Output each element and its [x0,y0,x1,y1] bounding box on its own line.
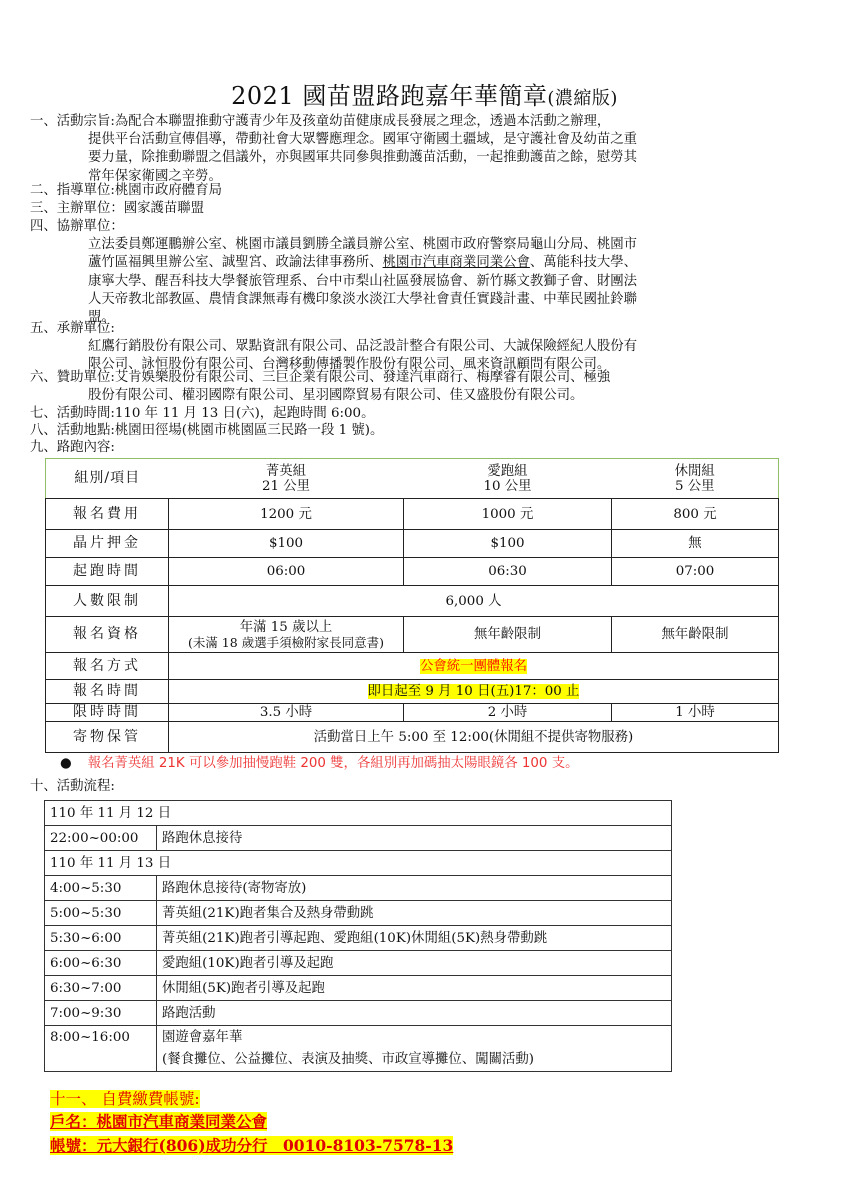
table-row: 報名資格 年滿 15 歲以上(未滿 18 歲選手須檢附家長同意書) 無年齡限制無… [46,617,779,653]
table-row: 報名時間 即日起至 9 月 10 日(五)17：00 止 [46,680,779,704]
title-sub: (濃縮版) [547,88,618,109]
section-sponsors: 六、贊助單位:艾肯娛樂股份有限公司、三巨企業有限公司、發達汽車商行、梅摩睿有限公… [30,369,820,405]
registration-deadline: 即日起至 9 月 10 日(五)17：00 止 [368,684,580,699]
section-co-organizers: 四、協辦單位： 立法委員鄭運鵬辦公室、桃園市議員劉勝全議員辦公室、桃園市政府警察… [30,218,820,327]
section-location: 八、活動地點:桃園田徑場(桃園市桃園區三民路一段 1 號)。 [30,422,820,440]
bullet-icon: ● [60,756,72,771]
table-row: 限時時間 3.5 小時2 小時1 小時 [46,704,779,722]
schedule-row: 22:00~00:00路跑休息接待 [45,826,672,851]
document-title: 2021 國苗盟路跑嘉年華簡章(濃縮版) [0,81,849,114]
schedule-row: 6:30~7:00休閒組(5K)跑者引導及起跑 [45,976,672,1001]
prize-note: ●報名菁英組 21K 可以參加抽慢跑鞋 200 雙，各組別再加碼抽太陽眼鏡各 1… [60,752,579,771]
account-number: 帳號：元大銀行(806)成功分行 0010-8103-7578-13 [50,1135,453,1157]
section-purpose: 一、活動宗旨:為配合本聯盟推動守護青少年及孩童幼苗健康成長發展之理念，透過本活動… [30,113,820,186]
schedule-row: 5:30~6:00菁英組(21K)跑者引導起跑、愛跑組(10K)休閒組(5K)熱… [45,926,672,951]
registration-method: 公會統一團體報名 [420,659,527,674]
account-name: 戶名：桃園市汽車商業同業公會 [50,1111,267,1133]
schedule-table: 110 年 11 月 12 日 22:00~00:00路跑休息接待 110 年 … [44,800,672,1072]
schedule-row: 4:00~5:30路跑休息接待(寄物寄放) [45,876,672,901]
table-row: 報名方式 公會統一團體報名 [46,653,779,680]
union-name-link: 桃園市汽車商業同業公會 [383,255,530,270]
table-header-row: 組別/項目 菁英組21 公里 愛跑組10 公里 休閒組5 公里 [46,459,779,499]
table-row: 人數限制 6,000 人 [46,586,779,617]
schedule-row: 6:00~6:30愛跑組(10K)跑者引導及起跑 [45,951,672,976]
section-executors: 五、承辦單位: 紅鷹行銷股份有限公司、眾點資訊有限公司、品泛設計整合有限公司、大… [30,320,820,375]
section-guidance: 二、指導單位:桃園市政府體育局 [30,182,820,200]
table-row: 起跑時間 06:0006:3007:00 [46,558,779,586]
schedule-heading: 十、活動流程: [30,778,820,796]
table-row: 報名費用 1200 元1000 元800 元 [46,499,779,530]
schedule-date-row: 110 年 11 月 13 日 [45,851,672,876]
schedule-date-row: 110 年 11 月 12 日 [45,801,672,826]
schedule-row: 7:00~9:30路跑活動 [45,1001,672,1026]
section-organizer: 三、主辦單位：國家護苗聯盟 [30,200,820,218]
title-main: 2021 國苗盟路跑嘉年華簡章 [231,82,547,110]
race-details-table: 組別/項目 菁英組21 公里 愛跑組10 公里 休閒組5 公里 報名費用 120… [45,458,779,753]
account-heading: 十一、 自費繳費帳號: [50,1088,200,1110]
schedule-row: 8:00~16:00 園遊會嘉年華(餐食攤位、公益攤位、表演及抽獎、市政宣導攤位… [45,1026,672,1072]
section-time: 七、活動時間:110 年 11 月 13 日(六)，起跑時間 6:00。 [30,405,820,423]
section-race-content: 九、路跑內容: [30,439,820,457]
table-row: 寄物保管 活動當日上午 5:00 至 12:00(休閒組不提供寄物服務) [46,722,779,753]
table-row: 晶片押金 $100$100無 [46,530,779,558]
schedule-row: 5:00~5:30菁英組(21K)跑者集合及熱身帶動跳 [45,901,672,926]
